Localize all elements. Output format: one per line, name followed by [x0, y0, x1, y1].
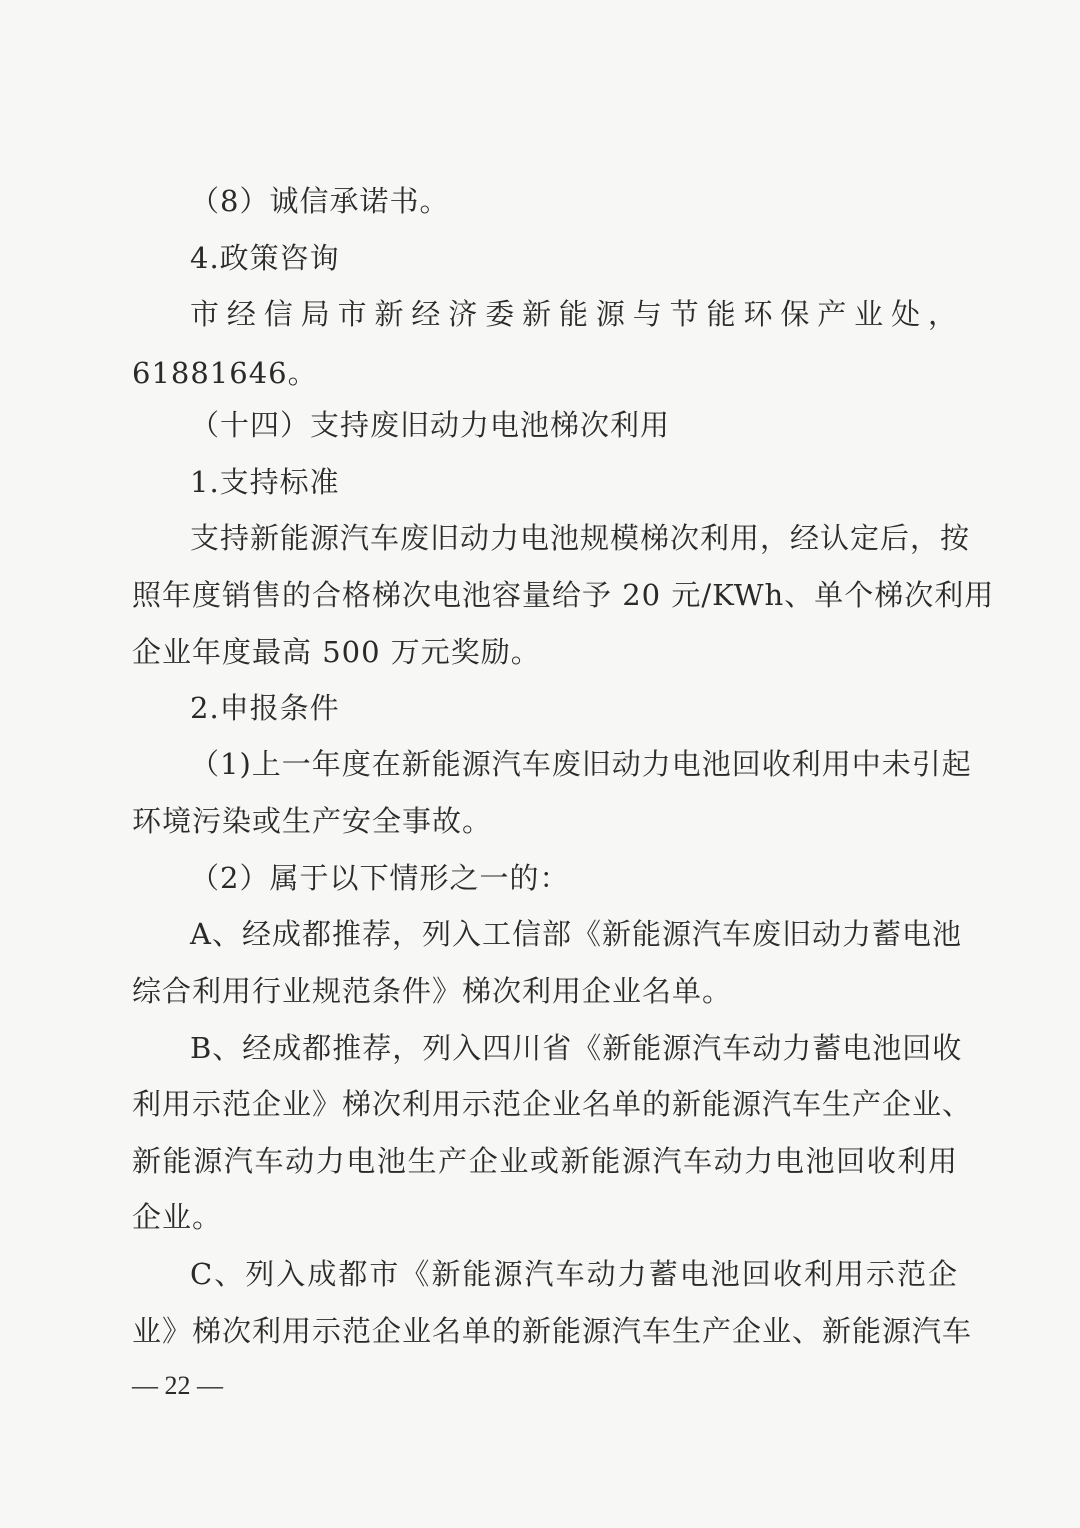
- paragraph-line: 企业年度最高 500 万元奖励。: [132, 634, 958, 670]
- phone-number: 61881646。: [132, 355, 958, 391]
- section-heading-battery-reuse: （十四）支持废旧动力电池梯次利用: [190, 407, 958, 443]
- paragraph-line: 新能源汽车动力电池生产企业或新能源汽车动力电池回收利用: [132, 1143, 958, 1179]
- paragraph-line: C、列入成都市《新能源汽车动力蓄电池回收利用示范企: [190, 1256, 958, 1292]
- paragraph-line: 业》梯次利用示范企业名单的新能源汽车生产企业、新能源汽车: [132, 1313, 958, 1349]
- section-heading-policy-consultation: 4.政策咨询: [190, 240, 958, 276]
- paragraph-line: 照年度销售的合格梯次电池容量给予 20 元/KWh、单个梯次利用: [132, 577, 958, 613]
- paragraph-line: 综合利用行业规范条件》梯次利用企业名单。: [132, 973, 958, 1009]
- page-number: — 22 —: [132, 1370, 223, 1402]
- paragraph-line: A、经成都推荐，列入工信部《新能源汽车废旧动力蓄电池: [190, 916, 958, 952]
- paragraph-line: 利用示范企业》梯次利用示范企业名单的新能源汽车生产企业、: [132, 1086, 958, 1122]
- paragraph-line: 市经信局市新经济委新能源与节能环保产业处，: [190, 296, 958, 332]
- list-item-8: （8）诚信承诺书。: [190, 183, 958, 219]
- paragraph-line: 环境污染或生产安全事故。: [132, 803, 958, 839]
- paragraph-line: B、经成都推荐，列入四川省《新能源汽车动力蓄电池回收: [190, 1030, 958, 1066]
- subheading-support-standard: 1.支持标准: [190, 464, 958, 500]
- subheading-application-conditions: 2.申报条件: [190, 690, 958, 726]
- paragraph-line: （2）属于以下情形之一的：: [190, 860, 958, 896]
- paragraph-line: 企业。: [132, 1199, 958, 1235]
- paragraph-line: 支持新能源汽车废旧动力电池规模梯次利用，经认定后，按: [190, 520, 958, 556]
- paragraph-line: （1)上一年度在新能源汽车废旧动力电池回收利用中未引起: [190, 746, 958, 782]
